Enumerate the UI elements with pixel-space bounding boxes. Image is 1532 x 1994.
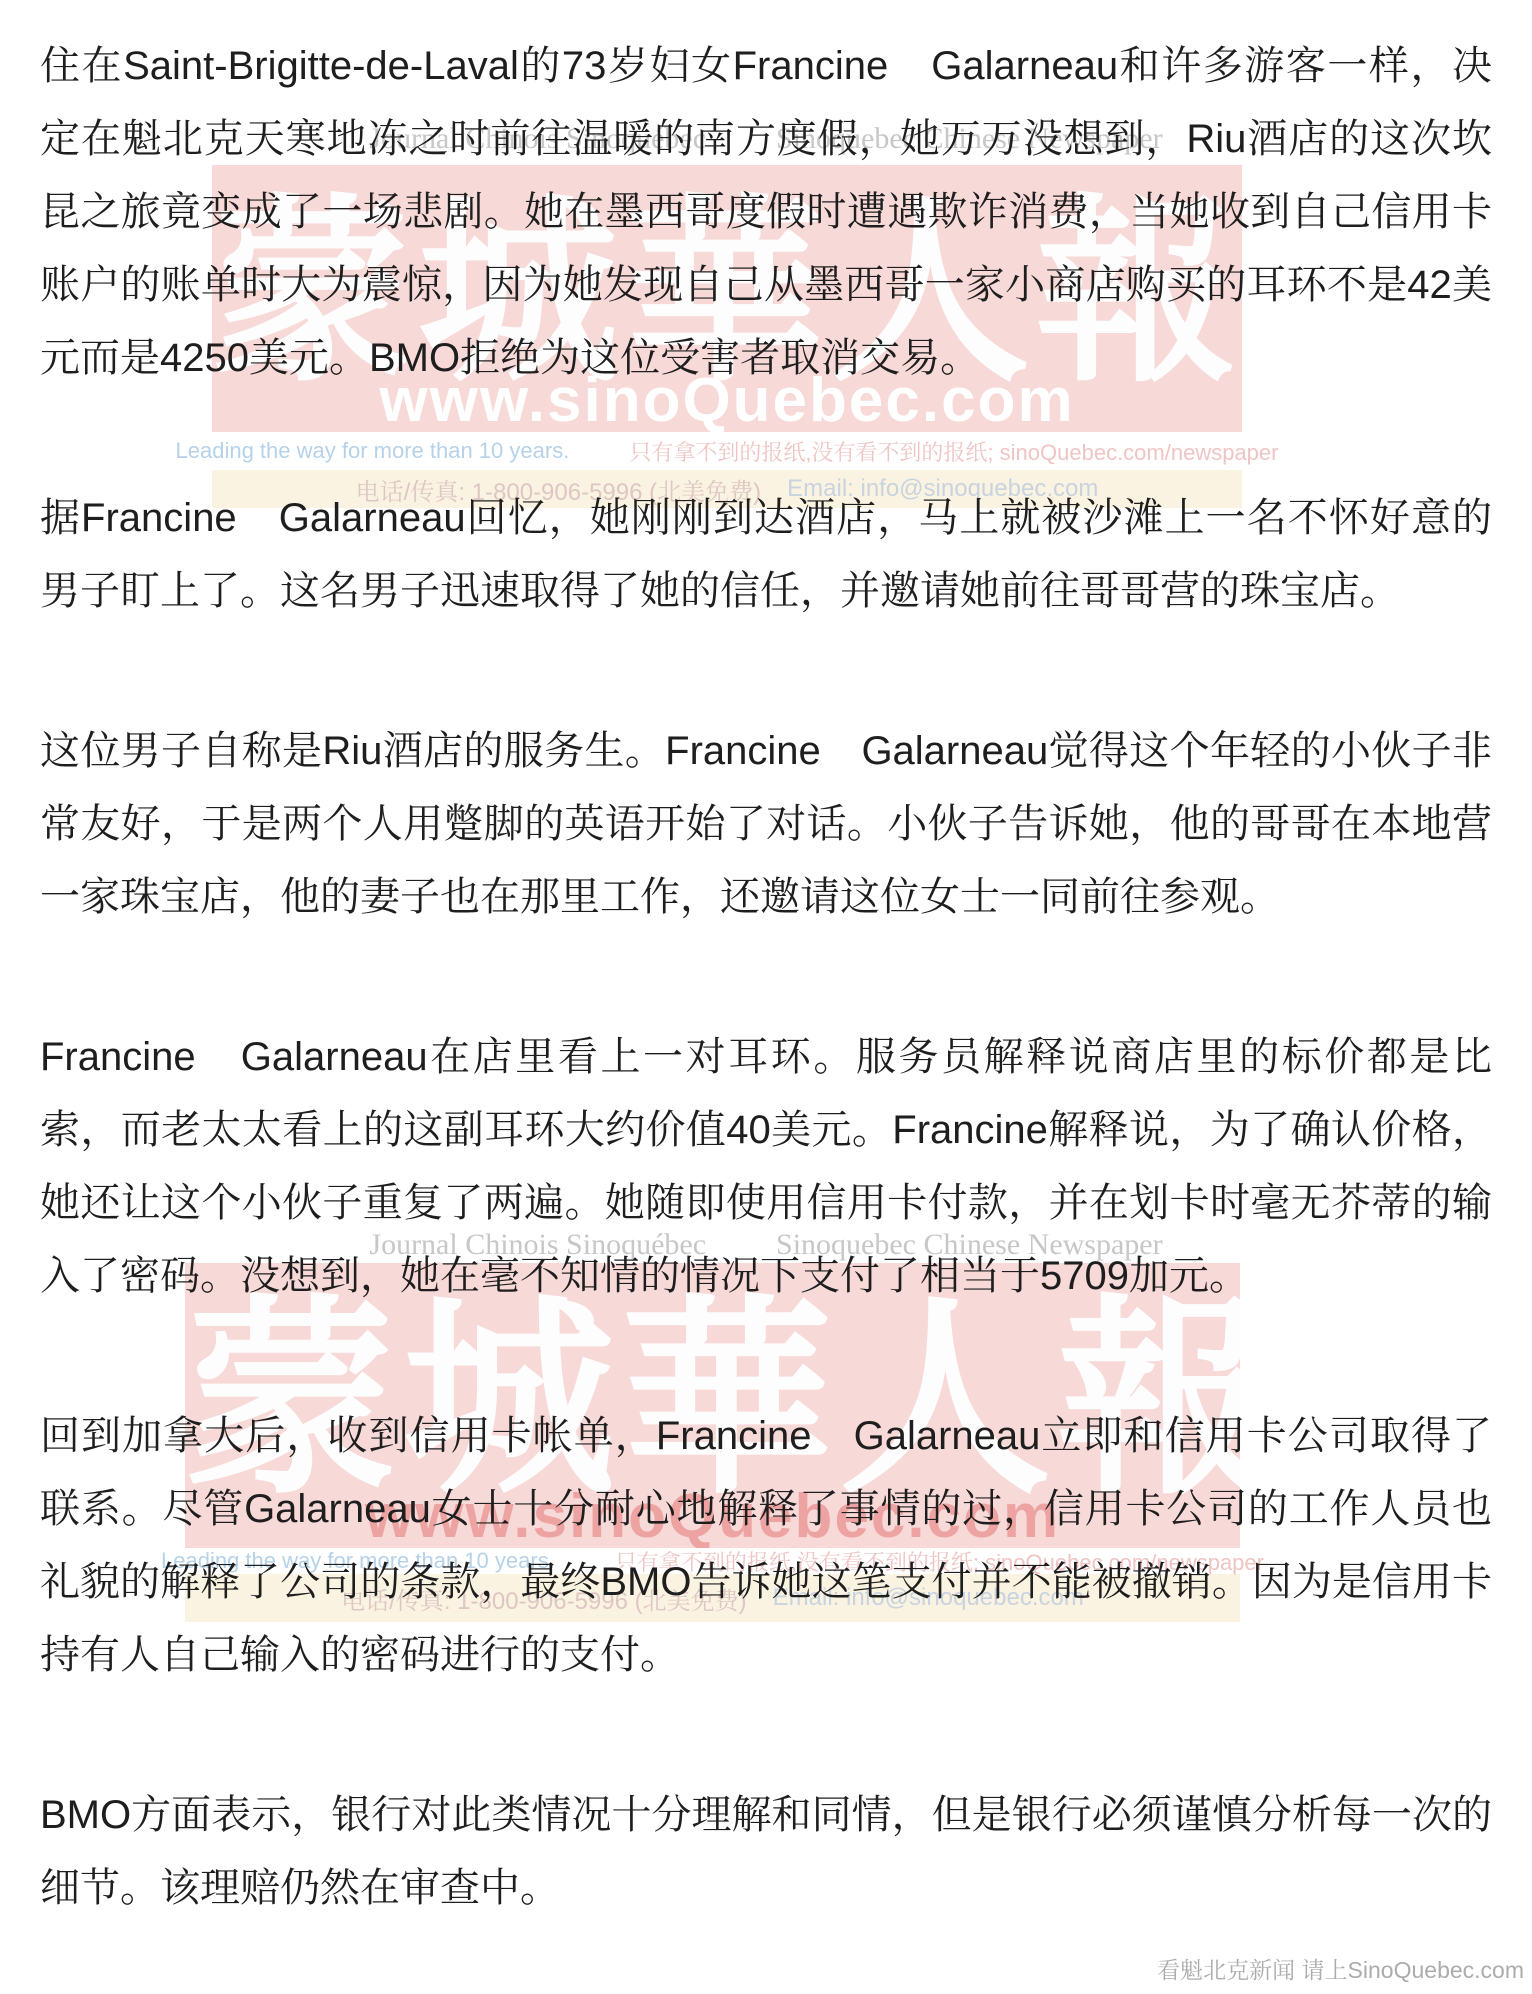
article-paragraph: 这位男子自称是Riu酒店的服务生。Francine Galarneau觉得这个年…: [40, 715, 1492, 934]
article-paragraph: 回到加拿大后，收到信用卡帐单，Francine Galarneau立即和信用卡公…: [40, 1400, 1492, 1692]
article-body: 住在Saint-Brigitte-de-Laval的73岁妇女Francine …: [0, 0, 1532, 1925]
article-paragraph: Francine Galarneau在店里看上一对耳环。服务员解释说商店里的标价…: [40, 1021, 1492, 1313]
site-footer-note: 看魁北克新闻 请上SinoQuebec.com: [1157, 1952, 1524, 1985]
article-paragraph: 住在Saint-Brigitte-de-Laval的73岁妇女Francine …: [40, 30, 1492, 395]
page: { "article": { "paragraphs": [ "住在Saint-…: [0, 0, 1532, 1994]
article-paragraph: BMO方面表示，银行对此类情况十分理解和同情，但是银行必须谨慎分析每一次的细节。…: [40, 1779, 1492, 1925]
article-paragraph: 据Francine Galarneau回忆，她刚刚到达酒店，马上就被沙滩上一名不…: [40, 482, 1492, 628]
